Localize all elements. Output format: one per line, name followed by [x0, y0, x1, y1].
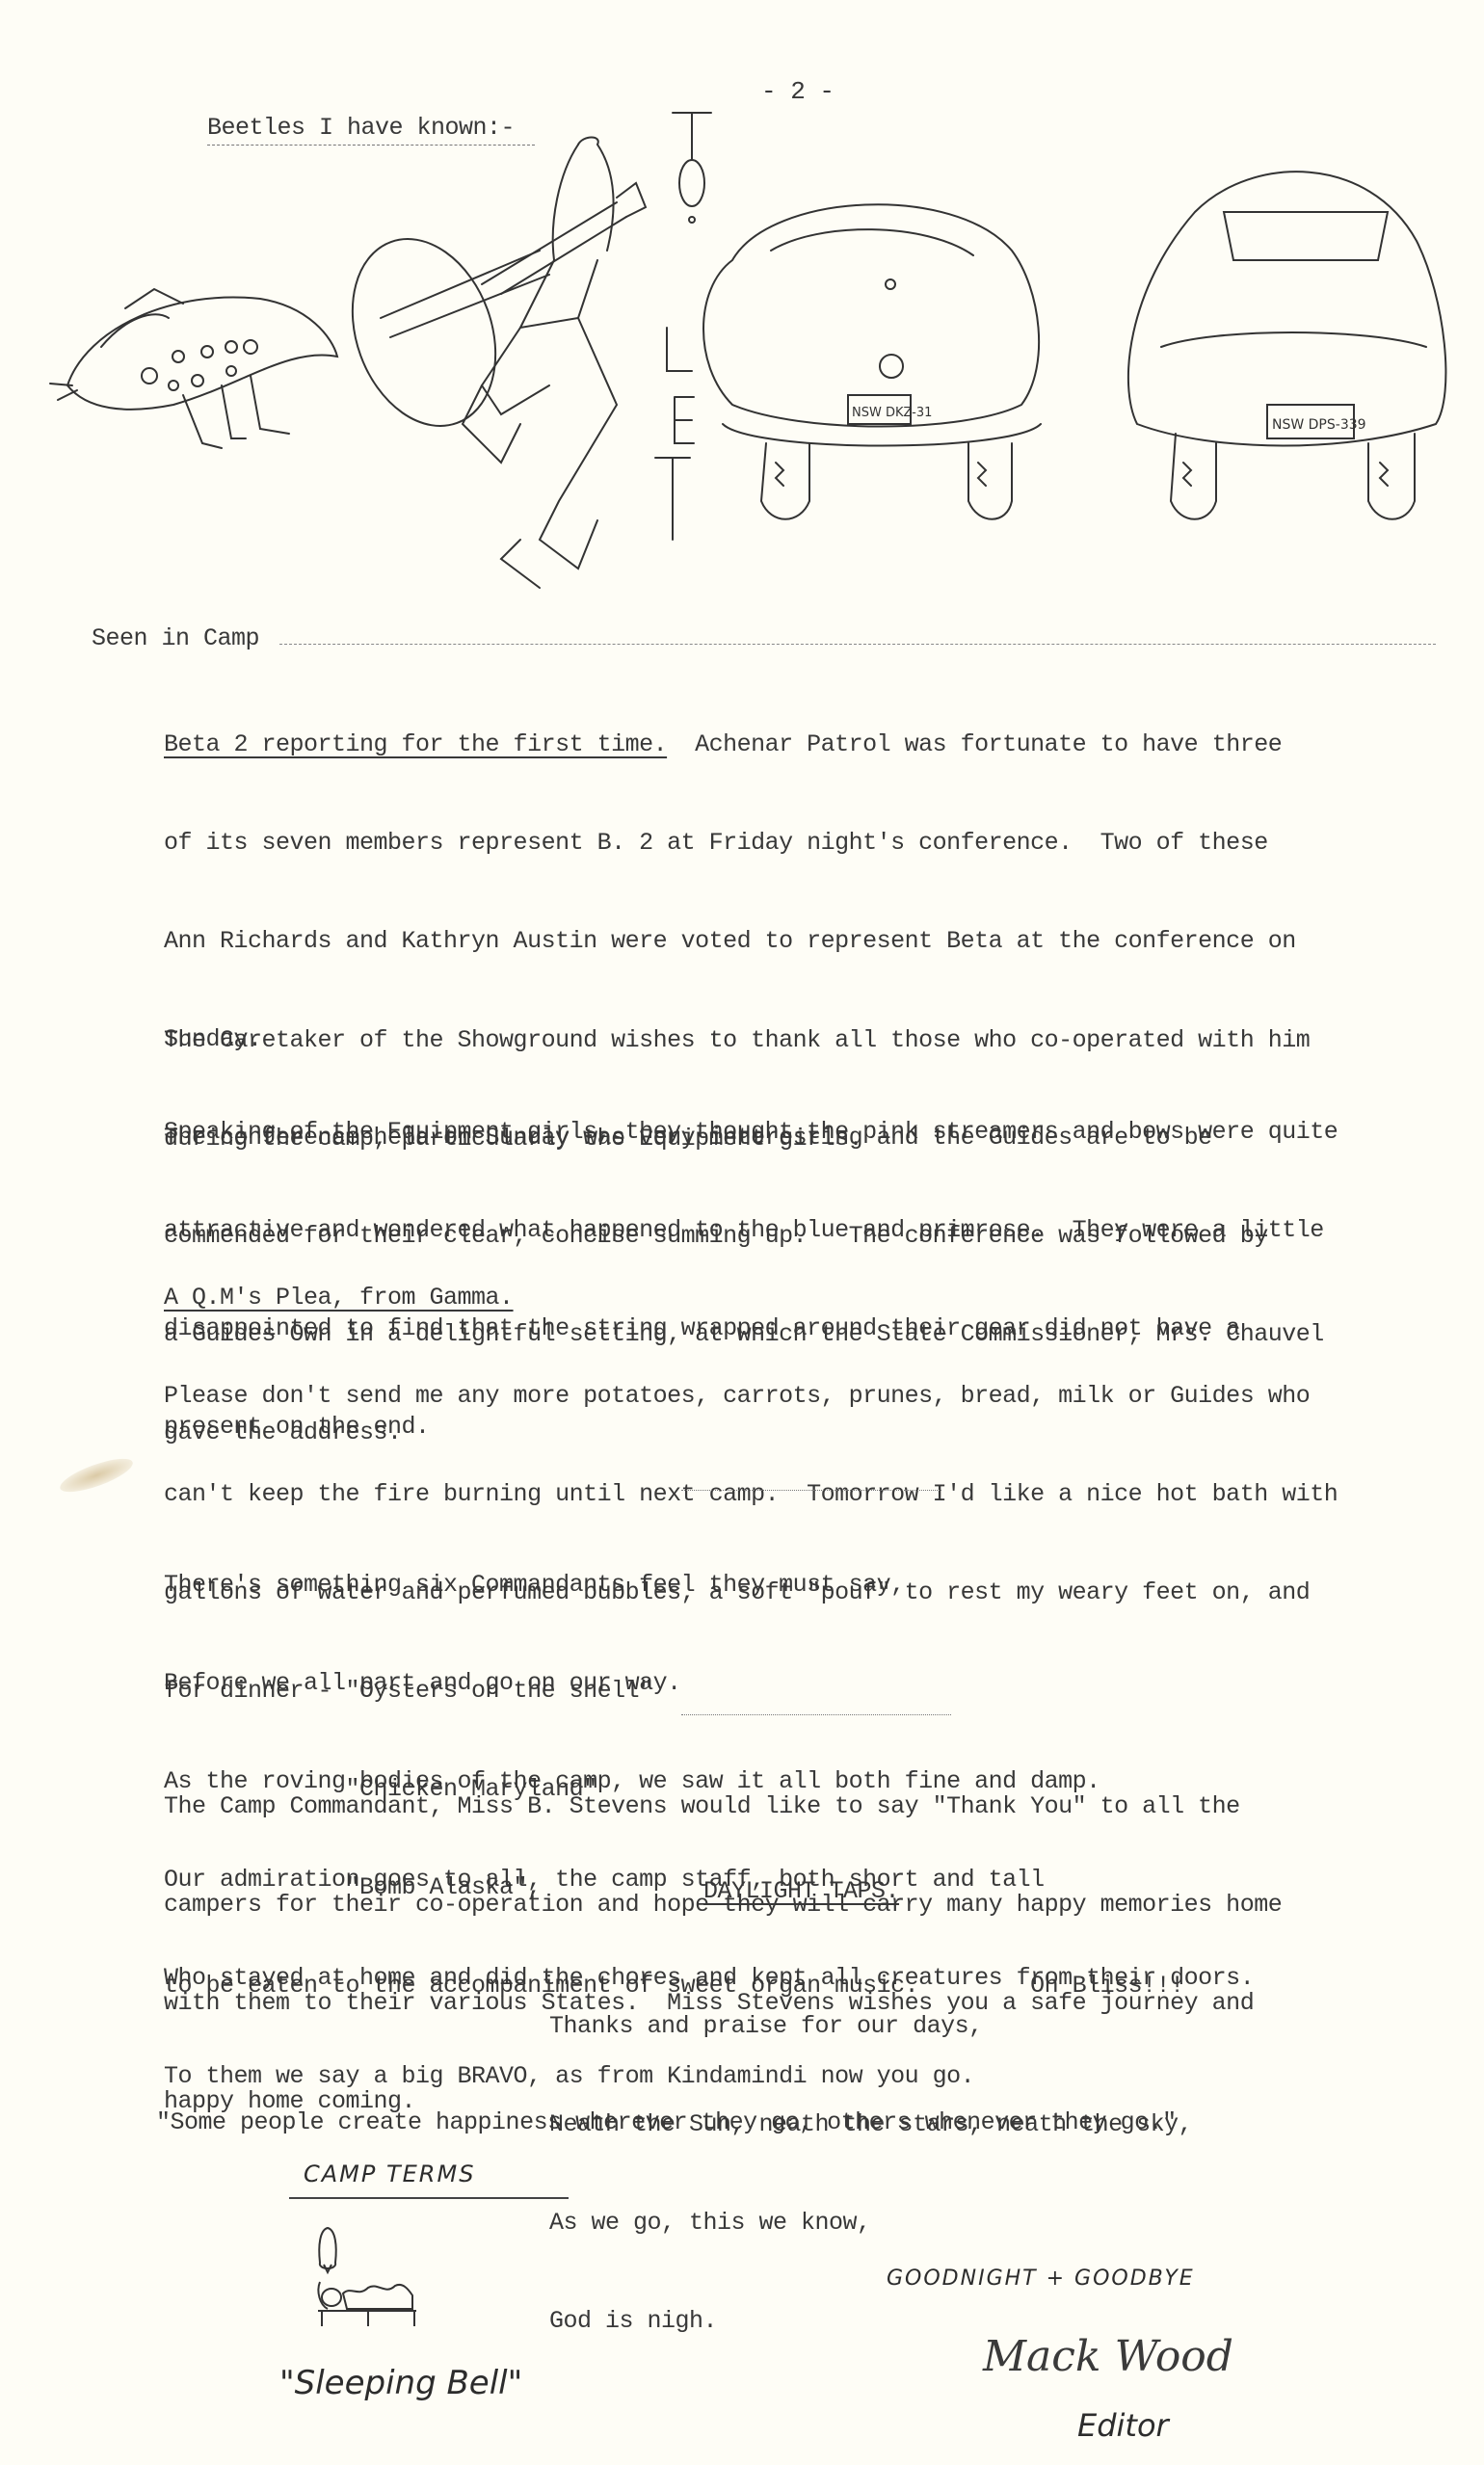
text-line: The Camp Commandant, Miss B. Stevens wou…	[164, 1790, 1445, 1823]
text-line: Achenar Patrol was fortunate to have thr…	[667, 730, 1282, 758]
svg-text:NSW DKZ-31: NSW DKZ-31	[852, 406, 932, 420]
section-title: Seen in Camp	[92, 623, 259, 655]
paragraph-heading: A Q.M's Plea, from Gamma.	[164, 1284, 514, 1312]
closing-quote: "Some people create happiness wherever t…	[156, 2107, 1177, 2139]
poem-line: Before we all part and go on our way.	[164, 1667, 1445, 1700]
taps-title: DAYLIGHT TAPS.	[703, 1875, 899, 1908]
editor-role: Editor	[1077, 2407, 1169, 2444]
svg-text:NSW DPS-339: NSW DPS-339	[1272, 417, 1366, 433]
text-line: Speaking of the Equipment girls, they th…	[164, 1116, 1445, 1149]
separator	[681, 1490, 941, 1491]
poem-line: Thanks and praise for our days,	[549, 2010, 1192, 2043]
sleeping-bell-cartoon	[289, 2226, 443, 2351]
text-line: of its seven members represent B. 2 at F…	[164, 827, 1445, 860]
farewell-text: GOODNIGHT + GOODBYE	[887, 2266, 1195, 2291]
poem-line: As we go, this we know,	[549, 2207, 1192, 2240]
section-rule	[279, 644, 1436, 645]
beetle-insect-drawing	[50, 289, 337, 448]
musician-drawing	[328, 138, 646, 589]
text-line: Please don't send me any more potatoes, …	[164, 1380, 1445, 1413]
taps-poem: Thanks and praise for our days, Neath th…	[549, 1945, 1192, 2371]
vw-beetle-front-drawing: NSW DKZ-31	[703, 204, 1041, 519]
separator	[681, 1714, 951, 1715]
paper-stain	[57, 1452, 137, 1498]
camp-terms-title: CAMP TERMS	[304, 2160, 475, 2187]
editor-signature: Mack Wood	[983, 2332, 1233, 2381]
camp-terms-underline	[289, 2197, 569, 2199]
text-line: Ann Richards and Kathryn Austin were vot…	[164, 925, 1445, 958]
vw-beetle-rear-drawing: NSW DPS-339	[1128, 172, 1446, 519]
poem-line: There's something six Commandants feel t…	[164, 1569, 1445, 1602]
beetles-illustration: NSW DKZ-31 NSW DPS-339	[0, 0, 1484, 636]
paragraph-heading: Beta 2 reporting for the first time.	[164, 730, 667, 758]
cartoon-caption: "Sleeping Bell"	[279, 2364, 522, 2402]
